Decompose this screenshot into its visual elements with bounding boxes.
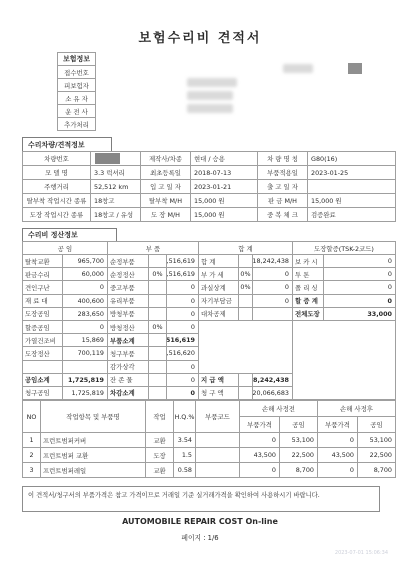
- parts-value: 16,516,619: [167, 334, 199, 347]
- vehicle-row: 탈부착 작업시간 종류18창고탈부착 M/H15,000 원판 금 M/H15,…: [23, 194, 396, 208]
- detail-header-row: NO 작업항목 및 부품명 작업 H.Q.% 부품코드 손해 사정전 부품가격 …: [23, 401, 396, 433]
- redaction-smudge: [283, 64, 313, 73]
- insurance-row-label: 소 유 자: [58, 92, 96, 105]
- surcharge-merged-cell: [293, 387, 396, 400]
- surcharge-label: 할 증 계: [293, 295, 324, 308]
- field-value: 18창고 / 유성: [91, 208, 141, 222]
- parts-value: 0: [167, 374, 199, 387]
- item-hq: 0.58: [174, 463, 196, 478]
- labor-label: 재 료 대: [23, 295, 63, 308]
- parts-value: 0: [167, 321, 199, 334]
- total-merged-cell: [199, 334, 293, 347]
- parts-value: 16,516,620: [167, 347, 199, 360]
- labor-label: 도장공임: [23, 308, 63, 321]
- price-after: 0: [318, 463, 358, 478]
- redaction-smudge: [187, 104, 233, 113]
- item-no: 3: [23, 463, 41, 478]
- parts-pct: 0%: [149, 268, 167, 281]
- labor-value: 15,869: [63, 334, 108, 347]
- total-pct: [239, 295, 253, 308]
- insurance-info-table: 보험정보 접수번호피보험자소 유 자운 전 사추가처리: [57, 52, 96, 131]
- field-label: 도장 작업시간 종류: [23, 208, 91, 222]
- parts-value: 0: [167, 295, 199, 308]
- settlement-header-row: 공 임부 품합 계도장할증(TSK-2코드): [23, 242, 396, 255]
- field-value: G80(16): [308, 152, 396, 166]
- settlement-row: 가열건조비15,869부품소계16,516,619: [23, 334, 396, 347]
- field-label: 입 고 일 자: [141, 180, 191, 194]
- labor-value: 0: [63, 281, 108, 294]
- page-title: 보험수리비 견적서: [0, 27, 400, 46]
- parts-pct: [149, 387, 167, 400]
- parts-value: 16,516,619: [167, 268, 199, 281]
- field-label: 판 금 M/H: [258, 194, 308, 208]
- surcharge-label: 전체도장: [293, 308, 324, 321]
- labor-value: 60,000: [63, 268, 108, 281]
- field-label: 탈부착 M/H: [141, 194, 191, 208]
- insurance-row-label: 접수번호: [58, 66, 96, 79]
- item-hq: 3.54: [174, 433, 196, 448]
- parts-pct: [149, 347, 167, 360]
- labor-value: 283,650: [63, 308, 108, 321]
- parts-value: 0: [167, 361, 199, 374]
- labor-before: 8,700: [280, 463, 318, 478]
- settlement-row: 도장정산700,119청구부품16,516,620: [23, 347, 396, 360]
- parts-pct: [149, 334, 167, 347]
- field-value: 52,512 km: [91, 180, 141, 194]
- total-merged-cell: [199, 347, 293, 360]
- total-value: 0: [253, 281, 293, 294]
- field-value: 2023-01-21: [191, 180, 258, 194]
- total-pct: [239, 387, 253, 400]
- total-label: 지 급 액: [199, 374, 239, 387]
- field-label: 도 장 M/H: [141, 208, 191, 222]
- field-value: 검증완료: [308, 208, 396, 222]
- col-no: NO: [23, 401, 41, 433]
- surcharge-value: 0: [324, 268, 396, 281]
- total-pct: [239, 308, 253, 321]
- parts-pct: [149, 295, 167, 308]
- vehicle-row: 차량번호제작사/차종현대 / 승용차 량 명 칭G80(16): [23, 152, 396, 166]
- surcharge-label: 보 카 시: [293, 255, 324, 268]
- field-value: 15,000 원: [191, 194, 258, 208]
- field-value: 15,000 원: [191, 208, 258, 222]
- insurance-row-label: 피보험자: [58, 79, 96, 92]
- total-label: 합 계: [199, 255, 239, 268]
- parts-label: 유리부품: [108, 295, 149, 308]
- item-work: 도장: [146, 448, 174, 463]
- item-name: 프런트범퍼커버: [41, 433, 146, 448]
- parts-value: 0: [167, 308, 199, 321]
- settlement-table: 공 임부 품합 계도장할증(TSK-2코드)탈착교환965,700순정부품16,…: [22, 241, 396, 400]
- field-value: 3.3 럭셔리: [91, 166, 141, 180]
- surcharge-value: 0: [324, 255, 396, 268]
- item-name: 프런트범퍼 교환: [41, 448, 146, 463]
- surcharge-merged-cell: [293, 374, 396, 387]
- item-no: 2: [23, 448, 41, 463]
- labor-value: 1,725,819: [63, 387, 108, 400]
- insurance-section-header: 보험정보: [58, 53, 96, 66]
- parts-label: 차감소계: [108, 387, 149, 400]
- settlement-row: 도장공임283,650방청부품0대차공제전체도장33,000: [23, 308, 396, 321]
- parts-pct: [149, 374, 167, 387]
- col-price-before: 부품가격: [240, 417, 280, 433]
- parts-label: 방청부품: [108, 308, 149, 321]
- labor-value: 0: [63, 321, 108, 334]
- col-after-group: 손해 사정후 부품가격 공임: [318, 401, 396, 433]
- redaction-smudge: [187, 91, 233, 100]
- parts-label: 중고부품: [108, 281, 149, 294]
- field-label: 출 고 일 자: [258, 180, 308, 194]
- detail-rows: 1프런트범퍼커버교환3.54053,100053,1002프런트범퍼 교환도장1…: [23, 433, 396, 478]
- total-merged-cell: [199, 361, 293, 374]
- total-label: 대차공제: [199, 308, 239, 321]
- parts-pct: [149, 255, 167, 268]
- total-value: 20,066,683: [253, 387, 293, 400]
- parts-label: 부품소계: [108, 334, 149, 347]
- surcharge-merged-cell: [293, 347, 396, 360]
- col-before: 손해 사정전: [240, 401, 318, 417]
- work-item-row: 1프런트범퍼커버교환3.54053,100053,100: [23, 433, 396, 448]
- labor-value: 400,600: [63, 295, 108, 308]
- parts-label: 잔 존 물: [108, 374, 149, 387]
- labor-value: [63, 361, 108, 374]
- labor-value: 1,725,819: [63, 374, 108, 387]
- redaction-box: [348, 63, 362, 74]
- parts-label: 방청정산: [108, 321, 149, 334]
- surcharge-value: 0: [324, 281, 396, 294]
- settlement-col-header: 합 계: [199, 242, 293, 255]
- item-hq: 1.5: [174, 448, 196, 463]
- total-label: 청 구 액: [199, 387, 239, 400]
- item-no: 1: [23, 433, 41, 448]
- work-items-table: NO 작업항목 및 부품명 작업 H.Q.% 부품코드 손해 사정전 부품가격 …: [22, 400, 396, 478]
- labor-value: 965,700: [63, 255, 108, 268]
- settlement-col-header: 공 임: [23, 242, 108, 255]
- col-price-after: 부품가격: [318, 417, 358, 433]
- field-label: 주행거리: [23, 180, 91, 194]
- parts-label: 순정부품: [108, 255, 149, 268]
- price-after: 43,500: [318, 448, 358, 463]
- parts-label: 순정정산: [108, 268, 149, 281]
- field-label: 탈부착 작업시간 종류: [23, 194, 91, 208]
- field-value: [308, 180, 396, 194]
- work-item-row: 2프런트범퍼 교환도장1.543,50022,50043,50022,500: [23, 448, 396, 463]
- surcharge-value: 33,000: [324, 308, 396, 321]
- vehicle-info-table: 차량번호제작사/차종현대 / 승용차 량 명 칭G80(16)모 델 명3.3 …: [22, 151, 396, 222]
- insurance-rows: 접수번호피보험자소 유 자운 전 사추가처리: [58, 66, 96, 131]
- total-label: 부 가 세: [199, 268, 239, 281]
- col-before-group: 손해 사정전 부품가격 공임: [240, 401, 318, 433]
- print-timestamp: 2023-07-01 15:06:34: [335, 550, 388, 556]
- vehicle-section-header: 수리차량/견적정보: [22, 137, 112, 152]
- labor-label: 청구공임: [23, 387, 63, 400]
- settlement-row: 탈착교환965,700순정부품16,516,619합 계18,242,438보 …: [23, 255, 396, 268]
- col-code: 부품코드: [196, 401, 240, 433]
- col-hq: H.Q.%: [174, 401, 196, 433]
- brand-text: AUTOMOBILE REPAIR COST On-line: [0, 517, 400, 526]
- parts-pct: [149, 308, 167, 321]
- item-work: 교환: [146, 433, 174, 448]
- total-value: [253, 308, 293, 321]
- parts-value: 0: [167, 281, 199, 294]
- redaction-smudge: [187, 78, 237, 87]
- labor-label: 공임소계: [23, 374, 63, 387]
- settlement-row: 할증공임0방청정산0%0: [23, 321, 396, 334]
- labor-label: 탈착교환: [23, 255, 63, 268]
- field-value: 15,000 원: [308, 194, 396, 208]
- col-labor-after: 공임: [358, 417, 396, 433]
- parts-value: 0: [167, 387, 199, 400]
- vehicle-row: 주행거리52,512 km입 고 일 자2023-01-21출 고 일 자: [23, 180, 396, 194]
- total-value: 0: [253, 268, 293, 281]
- settlement-row: 재 료 대400,600유리부품0자기부담금0할 증 계0: [23, 295, 396, 308]
- note-box: 이 견적서/청구서의 부품가격은 참고 가격이므로 거래일 기준 실거래가격을 …: [22, 486, 380, 512]
- labor-before: 53,100: [280, 433, 318, 448]
- total-pct: 0%: [239, 268, 253, 281]
- surcharge-merged-cell: [293, 334, 396, 347]
- total-pct: [239, 374, 253, 387]
- parts-label: 감가상각: [108, 361, 149, 374]
- settlement-row: 청구공임1,725,819차감소계0청 구 액20,066,683: [23, 387, 396, 400]
- settlement-col-header: 부 품: [108, 242, 199, 255]
- parts-value: 16,516,619: [167, 255, 199, 268]
- vehicle-row: 도장 작업시간 종류18창고 / 유성도 장 M/H15,000 원중 복 체 …: [23, 208, 396, 222]
- surcharge-merged-cell: [293, 321, 396, 334]
- labor-label: 가열건조비: [23, 334, 63, 347]
- insurance-row-label: 추가처리: [58, 118, 96, 131]
- settlement-col-header: 도장할증(TSK-2코드): [293, 242, 396, 255]
- settlement-section-header: 수리비 정산정보: [22, 228, 117, 242]
- total-label: 과실상계: [199, 281, 239, 294]
- settlement-row: 공임소계1,725,819잔 존 물0지 급 액18,242,438: [23, 374, 396, 387]
- parts-pct: [149, 361, 167, 374]
- labor-value: 700,119: [63, 347, 108, 360]
- labor-after: 8,700: [358, 463, 396, 478]
- labor-label: 판금수리: [23, 268, 63, 281]
- labor-label: 견인구난: [23, 281, 63, 294]
- col-work: 작업: [146, 401, 174, 433]
- field-value: [91, 152, 141, 166]
- field-label: 차량번호: [23, 152, 91, 166]
- parts-label: 청구부품: [108, 347, 149, 360]
- field-label: 제작사/차종: [141, 152, 191, 166]
- price-after: 0: [318, 433, 358, 448]
- total-value: 18,242,438: [253, 255, 293, 268]
- labor-label: 할증공임: [23, 321, 63, 334]
- field-value: 18창고: [91, 194, 141, 208]
- surcharge-label: 폴 리 싱: [293, 281, 324, 294]
- settlement-row: 판금수리60,000순정정산0%16,516,619부 가 세0%0투 톤0: [23, 268, 396, 281]
- field-label: 부품적용일: [258, 166, 308, 180]
- total-value: 18,242,438: [253, 374, 293, 387]
- vehicle-row: 모 델 명3.3 럭셔리최초등록일2018-07-13부품적용일2023-01-…: [23, 166, 396, 180]
- item-work: 교환: [146, 463, 174, 478]
- field-label: 중 복 체 크: [258, 208, 308, 222]
- labor-after: 53,100: [358, 433, 396, 448]
- item-name: 프런트범퍼레일: [41, 463, 146, 478]
- item-code: [196, 463, 240, 478]
- labor-after: 22,500: [358, 448, 396, 463]
- document-page: 보험수리비 견적서 보험정보 접수번호피보험자소 유 자운 전 사추가처리 수리…: [0, 0, 400, 566]
- surcharge-merged-cell: [293, 361, 396, 374]
- total-merged-cell: [199, 321, 293, 334]
- surcharge-value: 0: [324, 295, 396, 308]
- parts-pct: [149, 281, 167, 294]
- col-labor-before: 공임: [280, 417, 318, 433]
- insurance-row-label: 운 전 사: [58, 105, 96, 118]
- item-code: [196, 433, 240, 448]
- total-label: 자기부담금: [199, 295, 239, 308]
- total-pct: [239, 255, 253, 268]
- field-label: 최초등록일: [141, 166, 191, 180]
- field-label: 모 델 명: [23, 166, 91, 180]
- labor-before: 22,500: [280, 448, 318, 463]
- price-before: 0: [240, 463, 280, 478]
- page-number: 페이지 : 1/6: [0, 532, 400, 542]
- price-before: 43,500: [240, 448, 280, 463]
- settlement-row: 감가상각0: [23, 361, 396, 374]
- total-pct: 0%: [239, 281, 253, 294]
- col-item: 작업항목 및 부품명: [41, 401, 146, 433]
- surcharge-label: 투 톤: [293, 268, 324, 281]
- field-value: 2018-07-13: [191, 166, 258, 180]
- parts-pct: 0%: [149, 321, 167, 334]
- field-label: 차 량 명 칭: [258, 152, 308, 166]
- redaction-box: [95, 153, 120, 164]
- settlement-row: 견인구난0중고부품0과실상계0%0폴 리 싱0: [23, 281, 396, 294]
- field-value: 현대 / 승용: [191, 152, 258, 166]
- price-before: 0: [240, 433, 280, 448]
- total-value: 0: [253, 295, 293, 308]
- labor-label: [23, 361, 63, 374]
- work-item-row: 3프런트범퍼레일교환0.5808,70008,700: [23, 463, 396, 478]
- item-code: [196, 448, 240, 463]
- field-value: 2023-01-25: [308, 166, 396, 180]
- labor-label: 도장정산: [23, 347, 63, 360]
- col-after: 손해 사정후: [318, 401, 396, 417]
